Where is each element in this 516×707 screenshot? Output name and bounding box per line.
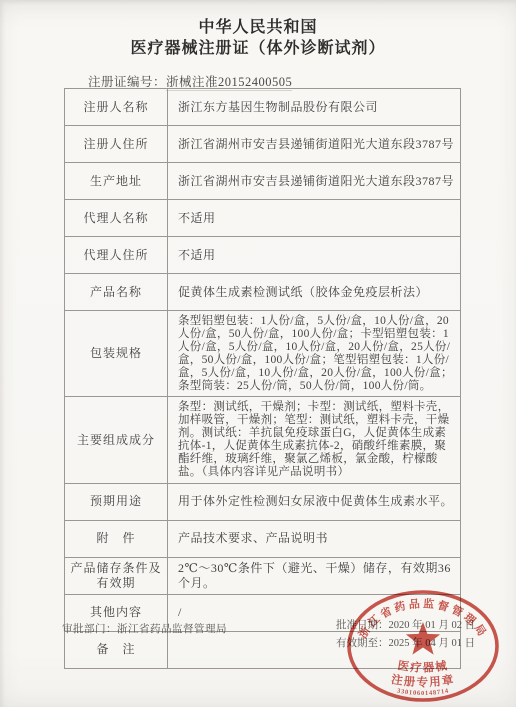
table-row: 预期用途用于体外定性检测妇女尿液中促黄体生成素水平。 xyxy=(65,483,461,520)
approval-date-line: 批准日期：2020 年 01 月 02 日 xyxy=(336,617,475,635)
row-label: 主要组成成分 xyxy=(65,397,168,483)
row-label: 附 件 xyxy=(65,520,168,557)
approval-date-label: 批准日期： xyxy=(336,620,389,631)
row-label: 产品储存条件及有效期 xyxy=(65,557,168,594)
row-label: 代理人名称 xyxy=(65,200,168,237)
seal-purpose-text-2: 注册专用章 xyxy=(390,672,456,689)
row-value: 条型铝塑包装：1人份/盒，5人份/盒，10人份/盒，20人份/盒，50人份/盒，… xyxy=(168,311,461,397)
row-value: 用于体外定性检测妇女尿液中促黄体生成素水平。 xyxy=(168,483,461,520)
table-row: 注册人住所浙江省湖州市安吉县递铺街道阳光大道东段3787号 xyxy=(65,126,461,163)
row-label: 包装规格 xyxy=(65,311,168,397)
table-row: 主要组成成分条型：测试纸，干燥剂；卡型：测试纸，塑料卡壳，加样吸管，干燥剂；笔型… xyxy=(65,397,461,483)
row-label: 产品名称 xyxy=(65,274,168,311)
approval-date-value: 2020 年 01 月 02 日 xyxy=(389,620,476,631)
row-label: 代理人住所 xyxy=(65,237,168,274)
row-label: 注册人名称 xyxy=(65,89,168,126)
table-row: 代理人名称不适用 xyxy=(65,200,461,237)
seal-number-text: 3301060148714 xyxy=(396,687,449,697)
row-label: 注册人住所 xyxy=(65,126,168,163)
date-block: 批准日期：2020 年 01 月 02 日 有效期至：2025 年 04 月 0… xyxy=(336,617,475,653)
valid-until-value: 2025 年 04 月 01 日 xyxy=(389,638,476,649)
table-row: 生产地址浙江省湖州市安吉县递铺街道阳光大道东段3787号 xyxy=(65,163,461,200)
row-value: 促黄体生成素检测试纸（胶体金免疫层析法） xyxy=(168,274,461,311)
row-value: 2℃～30℃条件下（避光、干燥）储存，有效期36个月。 xyxy=(168,557,461,594)
row-value: 产品技术要求、产品说明书 xyxy=(168,520,461,557)
title-country: 中华人民共和国 xyxy=(0,17,516,38)
row-label: 生产地址 xyxy=(65,163,168,200)
row-label: 预期用途 xyxy=(65,483,168,520)
row-value: 不适用 xyxy=(168,200,461,237)
row-value: 浙江省湖州市安吉县递铺街道阳光大道东段3787号 xyxy=(168,126,461,163)
title-certificate-type: 医疗器械注册证（体外诊断试剂） xyxy=(0,38,516,59)
table-row: 附 件产品技术要求、产品说明书 xyxy=(65,520,461,557)
row-label: 备 注 xyxy=(65,631,168,668)
table-row: 代理人住所不适用 xyxy=(65,237,461,274)
table-row: 产品储存条件及有效期2℃～30℃条件下（避光、干燥）储存，有效期36个月。 xyxy=(65,557,461,594)
row-value: 浙江省湖州市安吉县递铺街道阳光大道东段3787号 xyxy=(168,163,461,200)
table-row: 包装规格条型铝塑包装：1人份/盒，5人份/盒，10人份/盒，20人份/盒，50人… xyxy=(65,311,461,397)
valid-until-line: 有效期至：2025 年 04 月 01 日 xyxy=(336,635,475,653)
certificate-title: 中华人民共和国 医疗器械注册证（体外诊断试剂） xyxy=(0,0,516,59)
table-row: 注册人名称浙江东方基因生物制品股份有限公司 xyxy=(65,89,461,126)
row-value: 条型：测试纸，干燥剂；卡型：测试纸，塑料卡壳，加样吸管，干燥剂；笔型：测试纸，塑… xyxy=(168,397,461,483)
certificate-table-body: 注册人名称浙江东方基因生物制品股份有限公司注册人住所浙江省湖州市安吉县递铺街道阳… xyxy=(65,89,461,669)
certificate-table: 注册人名称浙江东方基因生物制品股份有限公司注册人住所浙江省湖州市安吉县递铺街道阳… xyxy=(64,88,461,669)
valid-until-label: 有效期至： xyxy=(336,638,389,649)
table-row: 产品名称促黄体生成素检测试纸（胶体金免疫层析法） xyxy=(65,274,461,311)
row-value: 不适用 xyxy=(168,237,461,274)
certificate-page: 中华人民共和国 医疗器械注册证（体外诊断试剂） 注册证编号：浙械注准201524… xyxy=(0,0,516,707)
registration-number-label: 注册证编号： xyxy=(88,75,166,89)
approval-department: 审批部门：浙江省药品监督管理局 xyxy=(62,621,227,636)
row-value: 浙江东方基因生物制品股份有限公司 xyxy=(168,89,461,126)
